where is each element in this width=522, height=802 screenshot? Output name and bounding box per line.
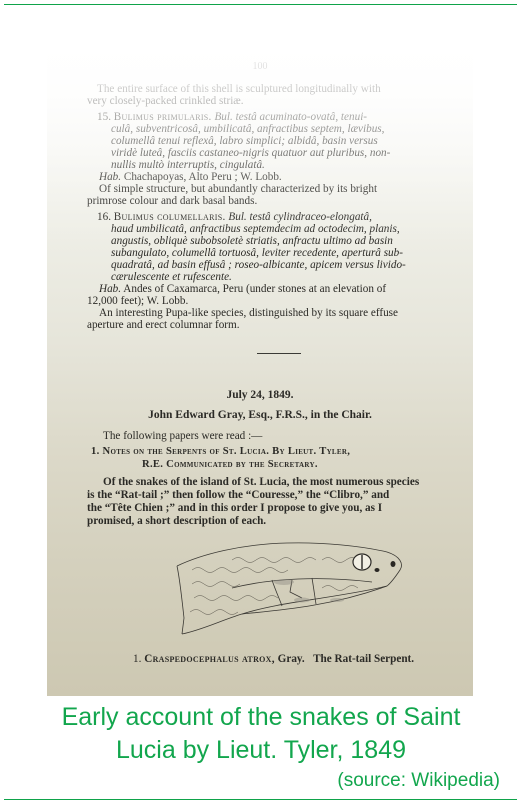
species16-name: Bulimus columellaris.: [114, 211, 226, 223]
species16-notes-2: aperture and erect columnar form.: [87, 319, 240, 332]
species15-notes-2: primrose colour and dark basal bands.: [87, 195, 257, 208]
chair-line: John Edward Gray, Esq., F.R.S., in the C…: [47, 409, 473, 422]
document-photo: 100 The entire surface of this shell is …: [47, 52, 473, 696]
meeting-date: July 24, 1849.: [47, 389, 473, 402]
snake-head-illustration: [172, 540, 412, 640]
hab-label: Hab.: [99, 283, 121, 295]
book-page: 100 The entire surface of this shell is …: [47, 52, 473, 696]
species16-number: 16.: [97, 211, 111, 223]
body-line-2: is the “Rat-tail ;” then follow the “Cou…: [87, 489, 389, 502]
caption-line-1: Early account of the snakes of Saint: [0, 702, 522, 733]
figure-author: Gray.: [278, 653, 305, 665]
figure-species: Craspedocephalus atrox,: [144, 653, 275, 665]
figure-common-name: The Rat-tail Serpent.: [313, 653, 414, 665]
bottom-rule: [4, 799, 517, 800]
source-credit: (source: Wikipedia): [337, 769, 500, 793]
paper-title-2: R.E. Communicated by the Secretary.: [142, 458, 318, 471]
figure-caption: 1. Craspedocephalus atrox, Gray. The Rat…: [133, 653, 414, 666]
caption-line-2: Lucia by Lieut. Tyler, 1849: [0, 735, 522, 766]
intro-line-2: very closely-packed crinkled striæ.: [87, 95, 244, 108]
species15-name: Bulimus primularis.: [114, 111, 212, 123]
paper-title-1: 1. Notes on the Serpents of St. Lucia. B…: [91, 445, 350, 458]
body-line-4: promised, a short description of each.: [87, 515, 266, 528]
species15-number: 15.: [97, 111, 111, 123]
species16-diagnosis-1: Bul. testâ cylindraceo-elongatâ,: [228, 211, 372, 223]
species15-diagnosis-1: Bul. testâ acuminato-ovatâ, tenui-: [214, 111, 367, 123]
hab-text-1: Andes of Caxamarca, Peru (under stones a…: [123, 283, 386, 295]
hab-text: Chachapoyas, Alto Peru ; W. Lobb.: [124, 171, 282, 183]
hab-label: Hab.: [99, 171, 121, 183]
body-line-1: Of the snakes of the island of St. Lucia…: [103, 476, 419, 489]
body-line-3: the “Tête Chien ;” and in this order I p…: [87, 502, 382, 515]
section-divider: [257, 353, 301, 354]
papers-read: The following papers were read :—: [103, 430, 262, 443]
page-number: 100: [47, 60, 473, 73]
top-rule: [4, 4, 517, 5]
figure-number: 1.: [133, 653, 141, 665]
